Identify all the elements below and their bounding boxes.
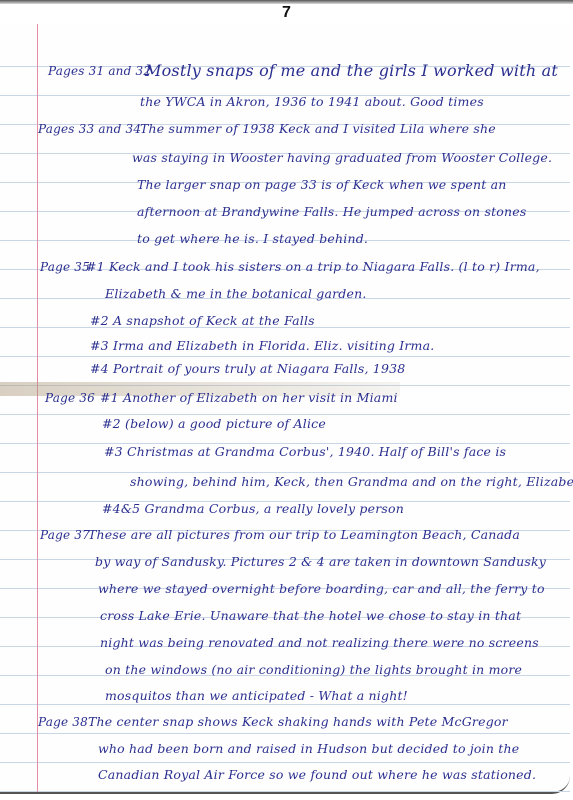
entry-line: by way of Sandusky. Pictures 2 & 4 are t… [95,554,546,569]
entry-line: The larger snap on page 33 is of Keck wh… [137,177,507,192]
entry-line: #3 Irma and Elizabeth in Florida. Eliz. … [90,338,434,353]
entry-line: where we stayed overnight before boardin… [98,581,545,596]
margin-line [37,24,38,792]
entry-line: Elizabeth & me in the botanical garden. [105,286,367,301]
entry-line: was staying in Wooster having graduated … [132,150,552,165]
entry-line: Canadian Royal Air Force so we found out… [98,767,536,782]
entry-line: night was being renovated and not realiz… [100,635,539,650]
entry-line: the YWCA in Akron, 1936 to 1941 about. G… [140,94,484,109]
entry-label: Page 37 [40,528,90,542]
entry-line: #4 Portrait of yours truly at Niagara Fa… [90,361,405,376]
entry-line: #2 (below) a good picture of Alice [102,416,326,431]
entry-label: Page 35 [40,260,90,274]
entry-line: #3 Christmas at Grandma Corbus', 1940. H… [104,444,506,459]
entry-line: afternoon at Brandywine Falls. He jumped… [137,204,527,219]
entry-line: to get where he is. I stayed behind. [137,231,368,246]
entry-line: cross Lake Erie. Unaware that the hotel … [100,608,521,623]
entry-label: Page 38 [38,715,88,729]
entry-line: #2 A snapshot of Keck at the Falls [90,313,315,328]
entry-line: mosquitos than we anticipated - What a n… [105,688,408,703]
notebook-page: Pages 31 and 32 Mostly snaps of me and t… [0,24,570,794]
entry-line: #1 Another of Elizabeth on her visit in … [100,390,398,405]
entry-line: showing, behind him, Keck, then Grandma … [130,474,573,489]
entry-line: The summer of 1938 Keck and I visited Li… [140,121,496,136]
entry-label: Pages 33 and 34 [38,122,141,136]
entry-line: Mostly snaps of me and the girls I worke… [145,61,558,80]
entry-label: Pages 31 and 32 [48,64,151,78]
entry-line: These are all pictures from our trip to … [88,527,520,542]
entry-line: who had been born and raised in Hudson b… [98,741,519,756]
entry-line: #4&5 Grandma Corbus, a really lovely per… [102,501,404,516]
entry-line: on the windows (no air conditioning) the… [105,662,522,677]
entry-label: Page 36 [45,391,95,405]
entry-line: #1 Keck and I took his sisters on a trip… [86,259,540,274]
page-number: 7 [0,4,573,22]
entry-line: The center snap shows Keck shaking hands… [88,714,508,729]
